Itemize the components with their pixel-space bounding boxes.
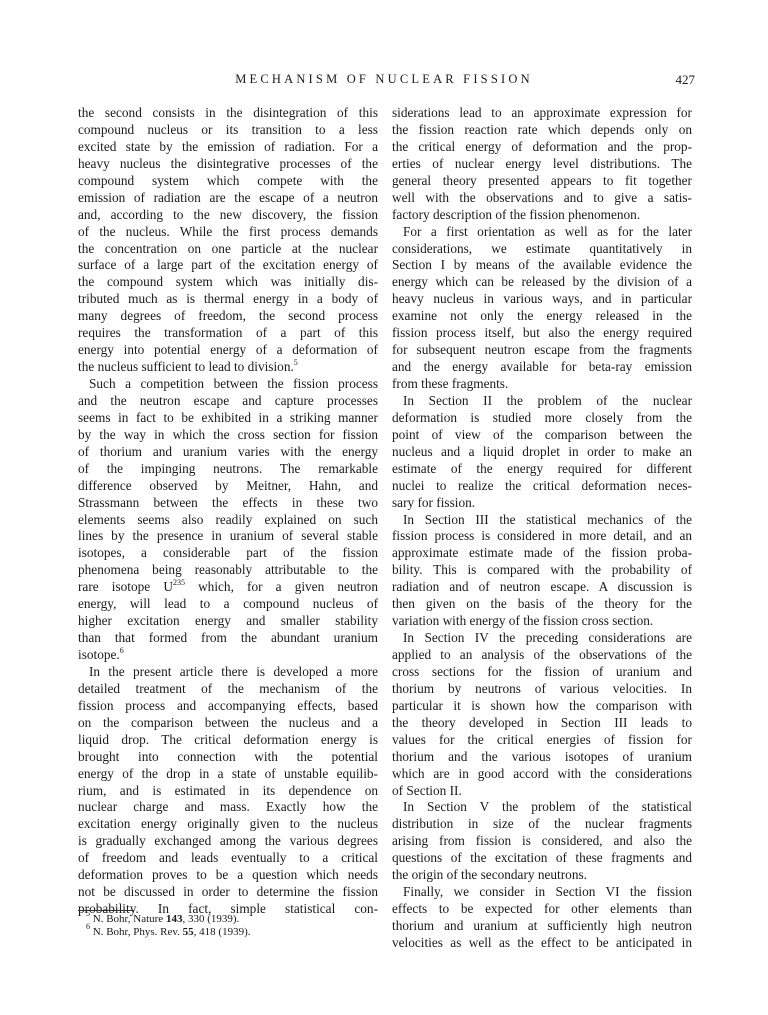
footnote-text: N. Bohr, Phys. Rev. — [93, 926, 183, 938]
text-line: deformation proves to be a question whic… — [78, 867, 378, 884]
text-line: fission process itself, but also the ene… — [392, 325, 692, 342]
text-line: considerations, we estimate quantitative… — [392, 241, 692, 258]
text-line: questions of the excitation of these fra… — [392, 850, 692, 867]
text-line: rium, and is estimated in its dependence… — [78, 783, 378, 800]
text-line: velocities as well as the effect to be a… — [392, 935, 692, 952]
footnote-5: 5 N. Bohr, Nature 143, 330 (1939). — [86, 913, 251, 926]
text-line: higher excitation energy and smaller sta… — [78, 613, 378, 630]
text-line: cross sections for the fission of uraniu… — [392, 664, 692, 681]
footnote-6: 6 N. Bohr, Phys. Rev. 55, 418 (1939). — [86, 926, 251, 939]
text-line: brought into connection with the potenti… — [78, 749, 378, 766]
text-line: Strassmann between the effects in these … — [78, 495, 378, 512]
text-line: compound nucleus or its transition to a … — [78, 122, 378, 139]
text-line: the nucleus sufficient to lead to divisi… — [78, 359, 378, 376]
text-line: of Section II. — [392, 783, 692, 800]
text-line: the theory developed in Section III lead… — [392, 715, 692, 732]
text-fragment: the nucleus sufficient to lead to divisi… — [78, 359, 294, 374]
running-head: MECHANISM OF NUCLEAR FISSION 427 — [0, 72, 768, 90]
text-line: In the present article there is develope… — [78, 664, 378, 681]
text-line: point of view of the comparison between … — [392, 427, 692, 444]
text-line: In Section IV the preceding consideratio… — [392, 630, 692, 647]
text-line: than that formed from the abundant urani… — [78, 630, 378, 647]
text-line: sary for fission. — [392, 495, 692, 512]
text-line: general theory presented appears to fit … — [392, 173, 692, 190]
text-line: the fission reaction rate which depends … — [392, 122, 692, 139]
text-line: Finally, we consider in Section VI the f… — [392, 884, 692, 901]
text-line: seems in fact to be exhibited in a strik… — [78, 410, 378, 427]
text-line: surface of a large part of the excitatio… — [78, 257, 378, 274]
text-line: rare isotope U235 which, for a given neu… — [78, 579, 378, 596]
text-line: liquid drop. The critical deformation en… — [78, 732, 378, 749]
text-line: For a first orientation as well as for t… — [392, 224, 692, 241]
text-line: particular it is shown how the compariso… — [392, 698, 692, 715]
text-line: the critical energy of deformation and t… — [392, 139, 692, 156]
footnote-ref[interactable]: 6 — [120, 646, 124, 655]
text-line: estimate of the energy required for diff… — [392, 461, 692, 478]
text-line: detailed treatment of the mechanism of t… — [78, 681, 378, 698]
text-line: deformation is studied more closely from… — [392, 410, 692, 427]
text-line: of the impinging neutrons. The remarkabl… — [78, 461, 378, 478]
text-fragment: isotope. — [78, 647, 120, 662]
text-line: is gradually exchanged among the various… — [78, 833, 378, 850]
page-number: 427 — [676, 72, 696, 88]
footnote-text: , 418 (1939). — [194, 926, 251, 938]
text-line: the origin of the secondary neutrons. — [392, 867, 692, 884]
text-line: elements seems also readily explained on… — [78, 512, 378, 529]
text-line: siderations lead to an approximate expre… — [392, 105, 692, 122]
text-line: nucleus and a liquid droplet in order to… — [392, 444, 692, 461]
left-column: the second consists in the disintegratio… — [78, 105, 378, 918]
text-line: tributed much as is thermal energy in a … — [78, 291, 378, 308]
footnote-text: , 330 (1939). — [182, 913, 239, 925]
text-line: well with the observations and to give a… — [392, 190, 692, 207]
text-line: factory description of the fission pheno… — [392, 207, 692, 224]
text-line: compound system which compete with the — [78, 173, 378, 190]
text-line: Such a competition between the fission p… — [78, 376, 378, 393]
text-line: In Section V the problem of the statisti… — [392, 799, 692, 816]
footnote-text: N. Bohr, Nature — [93, 913, 166, 925]
text-line: and the neutron escape and capture proce… — [78, 393, 378, 410]
text-line: the concentration on one particle at the… — [78, 241, 378, 258]
text-line: of thorium and uranium varies with the e… — [78, 444, 378, 461]
text-line: the compound system which was initially … — [78, 274, 378, 291]
text-line: the second consists in the disintegratio… — [78, 105, 378, 122]
text-line: from these fragments. — [392, 376, 692, 393]
text-line: isotopes, a considerable part of the fis… — [78, 545, 378, 562]
text-line: approximate estimate made of the fission… — [392, 545, 692, 562]
text-line: fission process is considered in more de… — [392, 528, 692, 545]
right-column: siderations lead to an approximate expre… — [392, 105, 692, 952]
text-line: lines by the presence in uranium of seve… — [78, 528, 378, 545]
text-line: bility. This is compared with the probab… — [392, 562, 692, 579]
text-line: for subsequent neutron escape from the f… — [392, 342, 692, 359]
text-line: arising from fission is considered, and … — [392, 833, 692, 850]
text-line: which are in good accord with the consid… — [392, 766, 692, 783]
footnote-volume: 55 — [183, 926, 194, 938]
text-line: emission of radiation are the escape of … — [78, 190, 378, 207]
text-line: not be discussed in order to determine t… — [78, 884, 378, 901]
text-line: nuclear charge and mass. Exactly how the — [78, 799, 378, 816]
text-line: and, according to the new discovery, the… — [78, 207, 378, 224]
text-line: isotope.6 — [78, 647, 378, 664]
text-line: of the nucleus. While the first process … — [78, 224, 378, 241]
text-fragment: which, for a given neutron — [185, 579, 378, 594]
text-line: on the comparison between the nucleus an… — [78, 715, 378, 732]
text-line: values for the critical energies of fiss… — [392, 732, 692, 749]
text-line: thorium by neutrons of various velocitie… — [392, 681, 692, 698]
text-line: erties of nuclear energy level distribut… — [392, 156, 692, 173]
text-line: In Section II the problem of the nuclear — [392, 393, 692, 410]
text-line: then given on the basis of the theory fo… — [392, 596, 692, 613]
text-fragment: rare isotope U — [78, 579, 173, 594]
text-line: phenomena being reasonably attributable … — [78, 562, 378, 579]
text-line: effects to be expected for other element… — [392, 901, 692, 918]
text-line: variation with energy of the fission cro… — [392, 613, 692, 630]
text-line: by the way in which the cross section fo… — [78, 427, 378, 444]
footnote-ref[interactable]: 5 — [294, 358, 298, 367]
text-line: many degrees of freedom, the second proc… — [78, 308, 378, 325]
text-line: radiation and of neutron escape. A discu… — [392, 579, 692, 596]
text-line: requires the transformation of a part of… — [78, 325, 378, 342]
text-line: energy which can be released by the divi… — [392, 274, 692, 291]
text-line: fission process and accompanying effects… — [78, 698, 378, 715]
text-line: distribution in size of the nuclear frag… — [392, 816, 692, 833]
text-line: thorium and uranium at sufficiently high… — [392, 918, 692, 935]
text-line: thorium and the various isotopes of uran… — [392, 749, 692, 766]
text-line: excited state by the emission of radiati… — [78, 139, 378, 156]
running-title: MECHANISM OF NUCLEAR FISSION — [0, 72, 768, 87]
text-line: nuclei to realize the critical deformati… — [392, 478, 692, 495]
text-line: applied to an analysis of the observatio… — [392, 647, 692, 664]
text-line: of freedom and leads eventually to a cri… — [78, 850, 378, 867]
text-line: excitation energy originally given to th… — [78, 816, 378, 833]
text-line: energy of the drop in a state of unstabl… — [78, 766, 378, 783]
text-line: In Section III the statistical mechanics… — [392, 512, 692, 529]
text-line: difference observed by Meitner, Hahn, an… — [78, 478, 378, 495]
text-line: heavy nucleus in various ways, and in pa… — [392, 291, 692, 308]
text-line: and the energy available for beta-ray em… — [392, 359, 692, 376]
text-line: examine not only the energy released in … — [392, 308, 692, 325]
footnote-mark: 6 — [86, 922, 90, 931]
footnote-volume: 143 — [166, 913, 183, 925]
footnote-mark: 5 — [86, 909, 90, 918]
isotope-mass-number: 235 — [173, 578, 185, 587]
text-line: Section I by means of the available evid… — [392, 257, 692, 274]
text-line: energy into potential energy of a deform… — [78, 342, 378, 359]
text-line: heavy nucleus the disintegrative process… — [78, 156, 378, 173]
text-line: energy, will lead to a compound nucleus … — [78, 596, 378, 613]
footnotes: 5 N. Bohr, Nature 143, 330 (1939). 6 N. … — [86, 913, 251, 939]
